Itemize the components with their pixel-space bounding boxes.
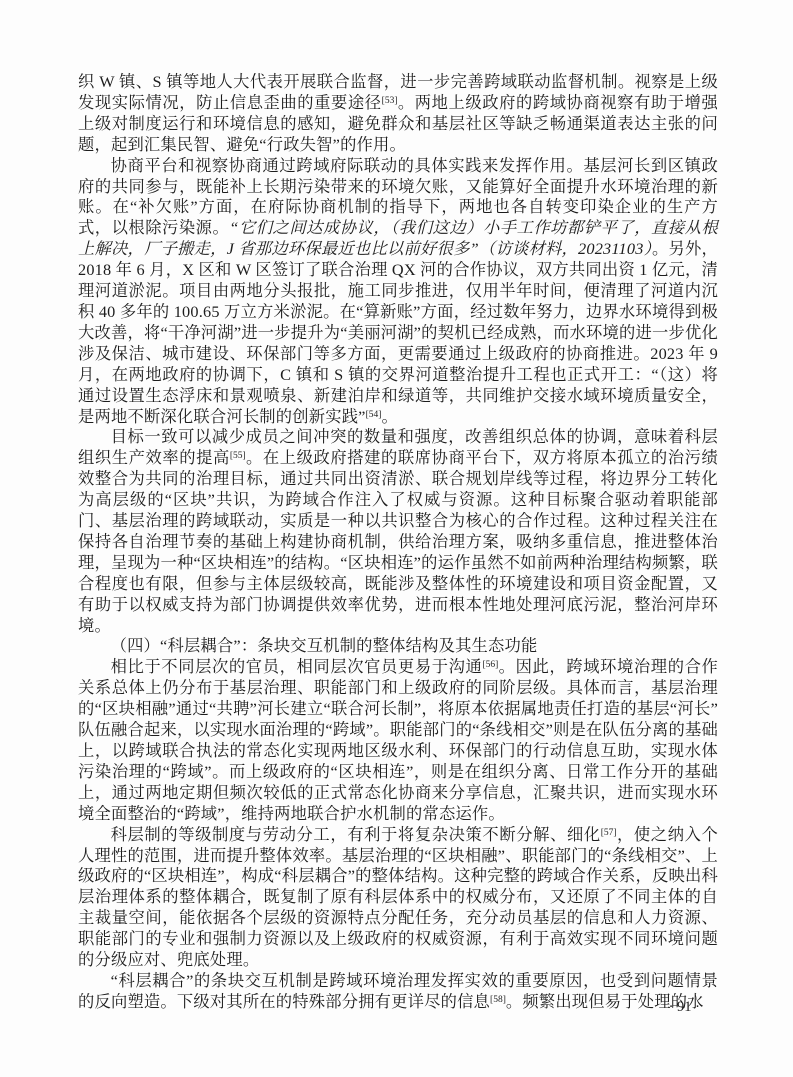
footnote-reference: [55]: [230, 451, 246, 461]
paragraph-goal-alignment: 目标一致可以减少成员之间冲突的数量和强度，改善组织总体的协调，意味着科层组织生产…: [78, 427, 718, 636]
article-body: 织 W 镇、S 镇等地人大代表开展联合监督，进一步完善跨域联动监督机制。视察是上…: [78, 72, 718, 1013]
footnote-reference: [53]: [382, 96, 398, 106]
document-page: 织 W 镇、S 镇等地人大代表开展联合监督，进一步完善跨域联动监督机制。视察是上…: [0, 0, 793, 1077]
body-text: 科层制的等级制度与劳动分工，有利于将复杂决策不断分解、细化: [111, 825, 601, 844]
paragraph-hierarchy-division: 科层制的等级制度与劳动分工，有利于将复杂决策不断分解、细化[57]，使之纳入个人…: [78, 825, 718, 971]
footnote-reference: [56]: [482, 660, 498, 670]
page-number: · 91 ·: [669, 999, 700, 1016]
paragraph-coupling-mechanism: “科层耦合”的条块交互机制是跨域环境治理发挥实效的重要原因，也受到问题情景的反向…: [78, 971, 718, 1013]
paragraph-consultation-platform: 协商平台和视察协商通过跨域府际联动的具体实践来发挥作用。基层河长到区镇政府的共同…: [78, 156, 718, 428]
body-text: 。因此，跨域环境治理的合作关系总体上仍分布于基层治理、职能部门和上级政府的同阶层…: [78, 657, 718, 822]
paragraph-same-level-officials: 相比于不同层次的官员，相同层次官员更易于沟通[56]。因此，跨域环境治理的合作关…: [78, 657, 718, 824]
body-text: 相比于不同层次的官员，相同层次官员更易于沟通: [111, 657, 483, 676]
footnote-reference: [54]: [366, 410, 382, 420]
body-text: ，使之纳入个人理性的范围，进而提升整体效率。基层治理的“区块相融”、职能部门的“…: [78, 825, 718, 969]
body-text: 。另外，2018 年 6 月，X 区和 W 区签订了联合治理 QX 河的合作协议…: [78, 239, 718, 425]
body-text: 。在上级政府搭建的联席协商平台下，双方将原本孤立的治污绩效整合为共同的治理目标，…: [78, 448, 718, 634]
paragraph-monitoring-continued: 织 W 镇、S 镇等地人大代表开展联合监督，进一步完善跨域联动监督机制。视察是上…: [78, 72, 718, 156]
footnote-reference: [57]: [601, 828, 617, 838]
body-text: 。: [381, 407, 397, 426]
section-heading-four: （四）“科层耦合”：条块交互机制的整体结构及其生态功能: [78, 636, 718, 657]
footnote-reference: [58]: [490, 995, 506, 1005]
body-text: （四）“科层耦合”：条块交互机制的整体结构及其生态功能: [111, 636, 538, 655]
